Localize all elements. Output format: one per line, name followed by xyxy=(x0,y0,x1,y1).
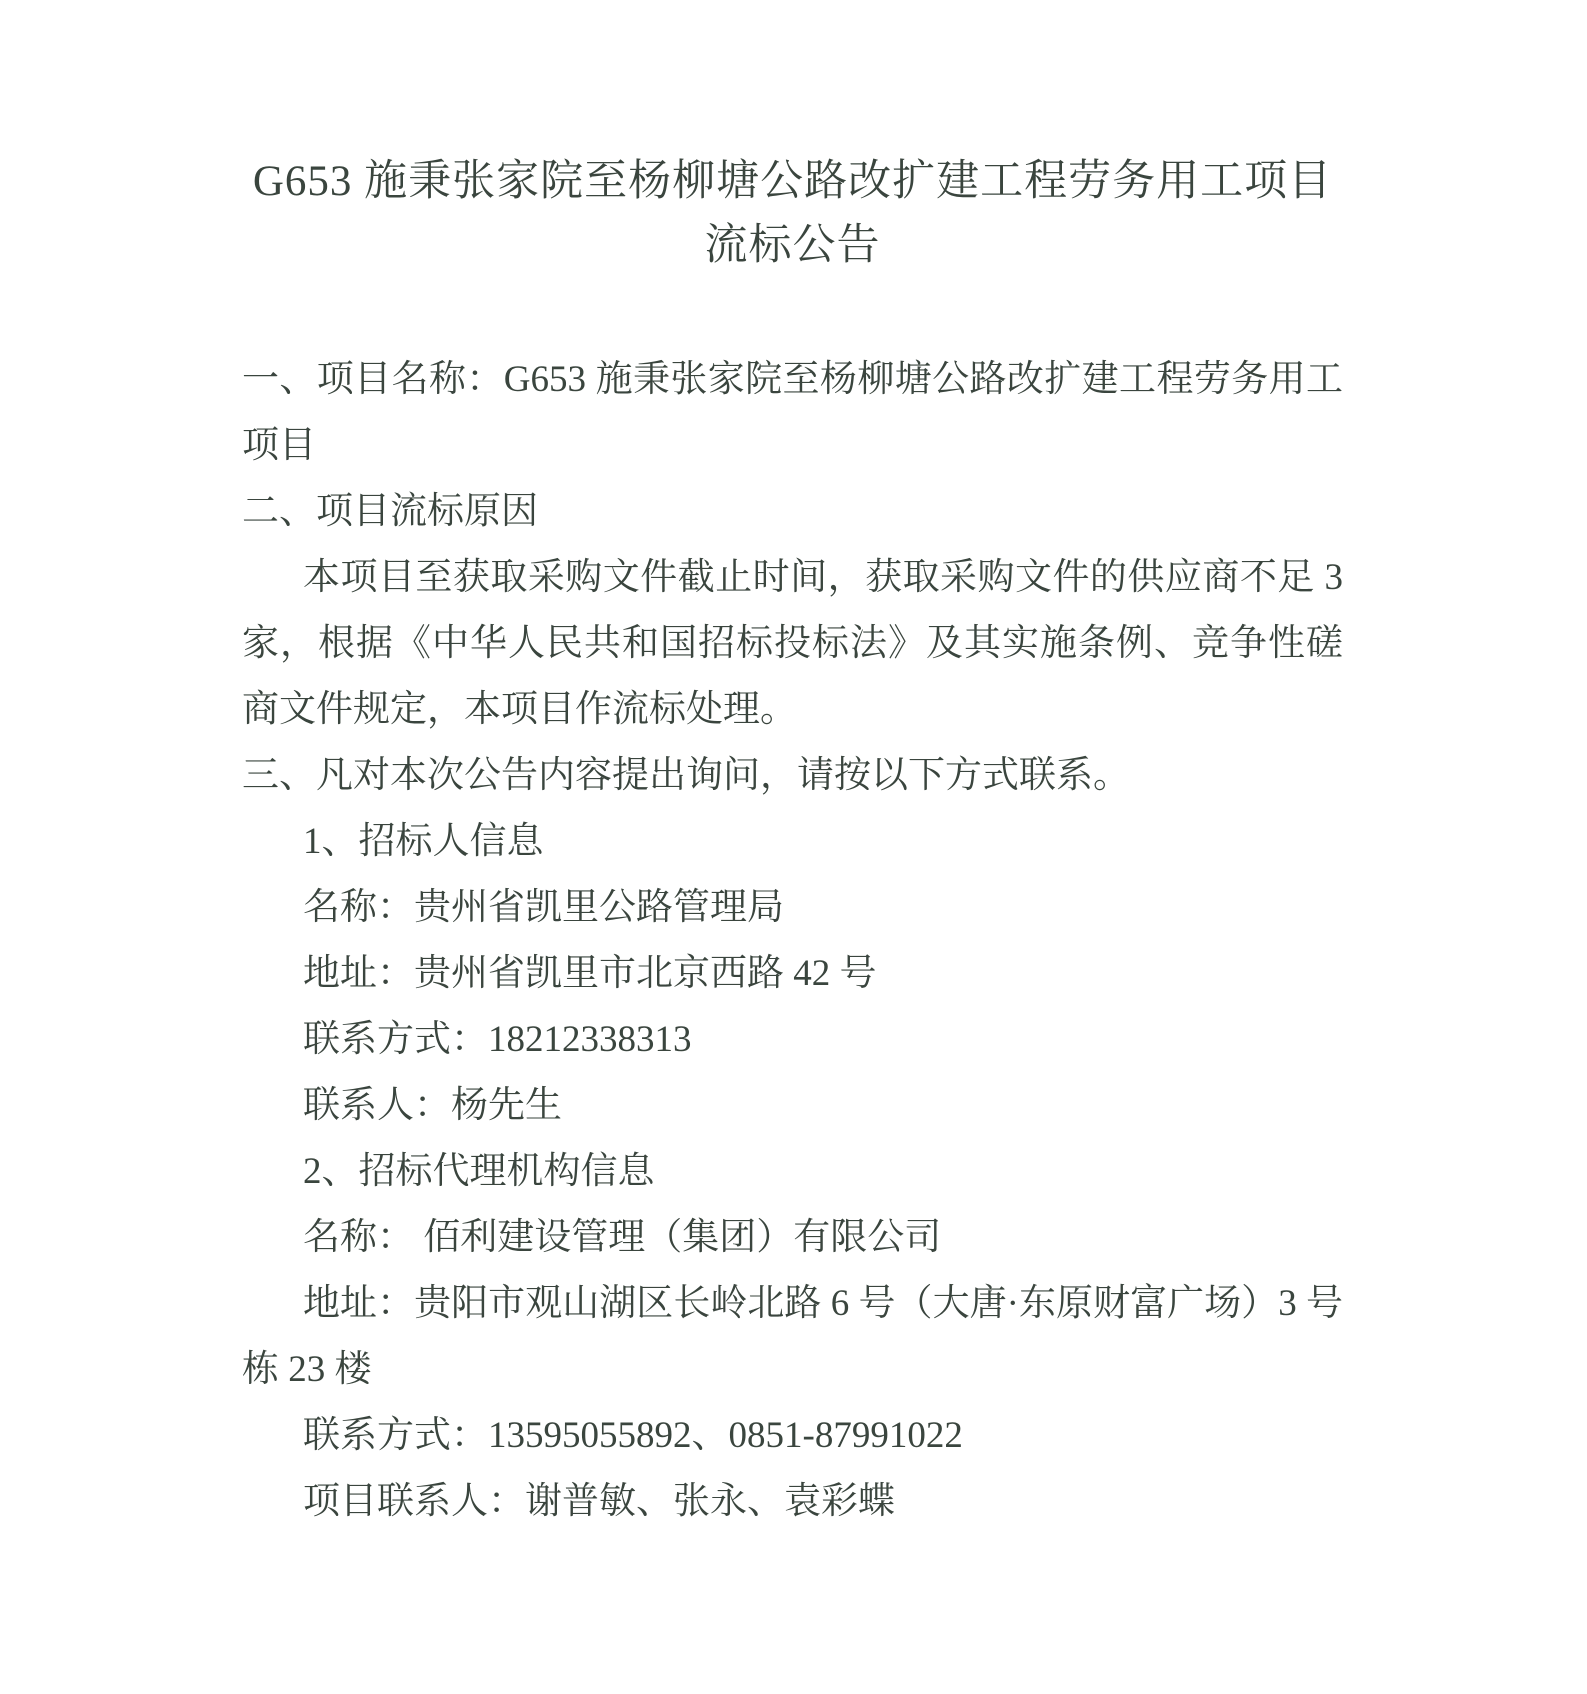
para-section3-heading: 三、凡对本次公告内容提出询问，请按以下方式联系。 xyxy=(242,743,1343,809)
para-tenderer-address: 地址：贵州省凯里市北京西路 42 号 xyxy=(242,941,1343,1007)
para-agency-contacts: 项目联系人：谢普敏、张永、袁彩蝶 xyxy=(242,1469,1343,1535)
document-page: G653 施秉张家院至杨柳塘公路改扩建工程劳务用工项目 流标公告 一、项目名称：… xyxy=(0,0,1587,1694)
para-agency-address: 地址：贵阳市观山湖区长岭北路 6 号（大唐·东原财富广场）3 号栋 23 楼 xyxy=(242,1271,1343,1403)
para-agency-phone: 联系方式：13595055892、0851-87991022 xyxy=(242,1403,1343,1469)
para-agency-heading: 2、招标代理机构信息 xyxy=(242,1139,1343,1205)
para-tenderer-contact: 联系人：杨先生 xyxy=(242,1073,1343,1139)
para-tenderer-heading: 1、招标人信息 xyxy=(242,809,1343,875)
para-tenderer-name: 名称：贵州省凯里公路管理局 xyxy=(242,875,1343,941)
title-line-1: G653 施秉张家院至杨柳塘公路改扩建工程劳务用工项目 xyxy=(242,150,1343,214)
para-agency-name: 名称： 佰利建设管理（集团）有限公司 xyxy=(242,1205,1343,1271)
title-line-2: 流标公告 xyxy=(242,214,1343,278)
document-title: G653 施秉张家院至杨柳塘公路改扩建工程劳务用工项目 流标公告 xyxy=(242,150,1343,278)
document-body: 一、项目名称：G653 施秉张家院至杨柳塘公路改扩建工程劳务用工项目 二、项目流… xyxy=(242,347,1343,1535)
para-section2-heading: 二、项目流标原因 xyxy=(242,479,1343,545)
para-tenderer-phone: 联系方式：18212338313 xyxy=(242,1007,1343,1073)
para-project-name: 一、项目名称：G653 施秉张家院至杨柳塘公路改扩建工程劳务用工项目 xyxy=(242,347,1343,479)
para-failure-reason: 本项目至获取采购文件截止时间，获取采购文件的供应商不足 3 家，根据《中华人民共… xyxy=(242,545,1343,743)
